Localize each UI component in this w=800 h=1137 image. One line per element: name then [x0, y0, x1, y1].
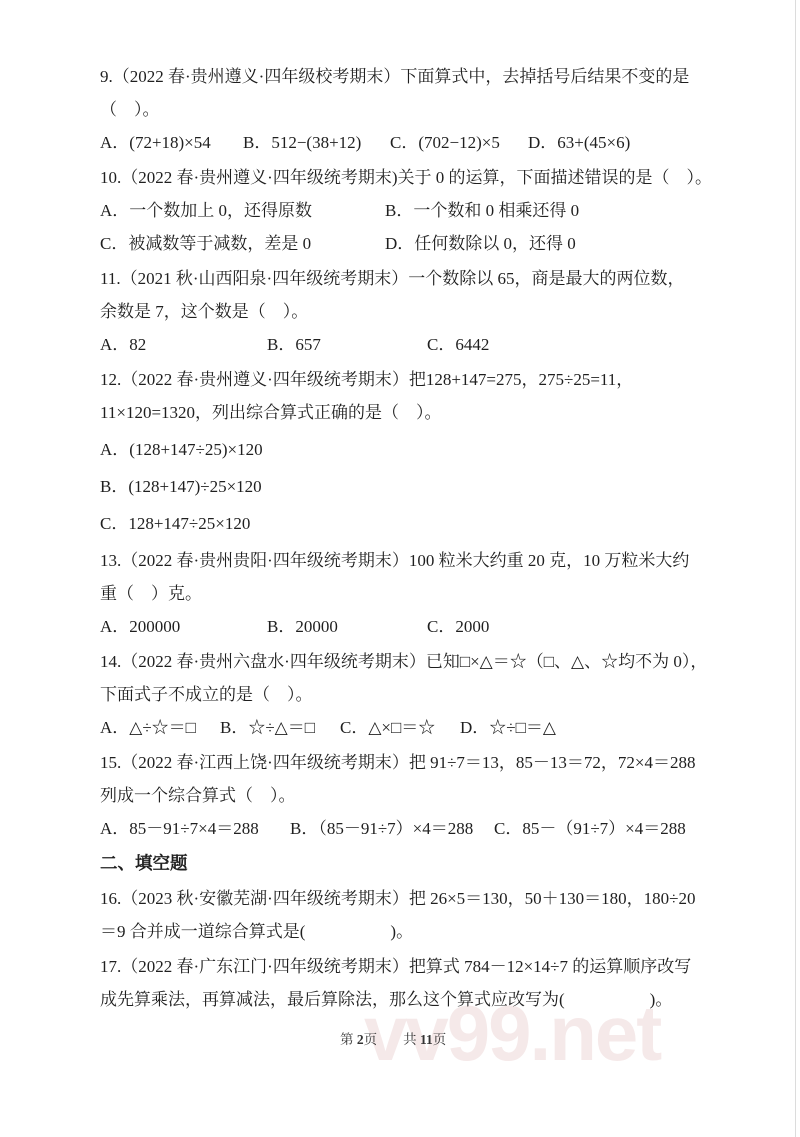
- question-14-option-d: D．☆÷□＝△: [460, 711, 708, 744]
- question-11-option-a: A．82: [100, 328, 267, 361]
- question-10-options-row-1: A．一个数加上 0，还得原数 B．一个数和 0 相乘还得 0: [100, 194, 708, 227]
- question-17-line-2: 成先算乘法，再算减法，最后算除法，那么这个算式应改写为( )。: [100, 983, 708, 1016]
- question-12-option-a: A．(128+147÷25)×120: [100, 433, 708, 466]
- question-9-line-1: 9.（2022 春·贵州遵义·四年级校考期末）下面算式中，去掉括号后结果不变的是: [100, 60, 708, 93]
- question-17: 17.（2022 春·广东江门·四年级统考期末）把算式 784－12×14÷7 …: [100, 950, 708, 1016]
- question-12-line-1: 12.（2022 春·贵州遵义·四年级统考期末）把128+147=275，275…: [100, 363, 708, 396]
- page-right-edge-rule: [795, 0, 796, 1137]
- question-14: 14.（2022 春·贵州六盘水·四年级统考期末）已知□×△＝☆（□、△、☆均不…: [100, 645, 708, 744]
- question-12-option-b: B．(128+147)÷25×120: [100, 470, 708, 503]
- question-12-line-2: 11×120=1320，列出综合算式正确的是（ ）。: [100, 396, 708, 429]
- question-14-line-1: 14.（2022 春·贵州六盘水·四年级统考期末）已知□×△＝☆（□、△、☆均不…: [100, 645, 708, 678]
- question-15-options: A．85－91÷7×4＝288 B．（85－91÷7）×4＝288 C．85－（…: [100, 812, 708, 845]
- question-15-line-2: 列成一个综合算式（ ）。: [100, 779, 708, 812]
- page-number-suffix: 页: [364, 1032, 378, 1047]
- question-10-option-b: B．一个数和 0 相乘还得 0: [385, 194, 708, 227]
- question-11-options: A．82 B．657 C．6442: [100, 328, 708, 361]
- question-13-option-c: C．2000: [427, 610, 708, 643]
- question-9-options: A．(72+18)×54 B．512−(38+12) C．(702−12)×5 …: [100, 126, 708, 159]
- question-13-line-2: 重（ ）克。: [100, 577, 708, 610]
- question-15-option-a: A．85－91÷7×4＝288: [100, 812, 290, 845]
- question-11-line-1: 11.（2021 秋·山西阳泉·四年级统考期末）一个数除以 65，商是最大的两位…: [100, 262, 708, 295]
- question-16: 16.（2023 秋·安徽芜湖·四年级统考期末）把 26×5＝130，50＋13…: [100, 882, 708, 948]
- exam-content: 9.（2022 春·贵州遵义·四年级校考期末）下面算式中，去掉括号后结果不变的是…: [100, 60, 708, 1018]
- question-9-option-b: B．512−(38+12): [243, 126, 390, 159]
- question-10-option-d: D．任何数除以 0，还得 0: [385, 227, 708, 260]
- question-11-line-2: 余数是 7，这个数是（ ）。: [100, 295, 708, 328]
- page-number-prefix: 第: [340, 1032, 357, 1047]
- question-15: 15.（2022 春·江西上饶·四年级统考期末）把 91÷7＝13，85－13＝…: [100, 746, 708, 845]
- question-13-line-1: 13.（2022 春·贵州贵阳·四年级统考期末）100 粒米大约重 20 克，1…: [100, 544, 708, 577]
- question-11-option-c: C．6442: [427, 328, 708, 361]
- question-17-line-1: 17.（2022 春·广东江门·四年级统考期末）把算式 784－12×14÷7 …: [100, 950, 708, 983]
- question-9-option-c: C．(702−12)×5: [390, 126, 528, 159]
- section-2-heading: 二、填空题: [100, 847, 708, 880]
- total-pages-suffix: 页: [433, 1032, 447, 1047]
- question-13-option-a: A．200000: [100, 610, 267, 643]
- question-16-line-2: ＝9 合并成一道综合算式是( )。: [100, 915, 708, 948]
- question-9-line-2: （ ）。: [100, 93, 708, 126]
- question-14-line-2: 下面式子不成立的是（ ）。: [100, 678, 708, 711]
- document-page: vv99.net 9.（2022 春·贵州遵义·四年级校考期末）下面算式中，去掉…: [0, 0, 800, 1137]
- question-9-option-a: A．(72+18)×54: [100, 126, 243, 159]
- question-10: 10.（2022 春·贵州遵义·四年级统考期末)关于 0 的运算，下面描述错误的…: [100, 161, 708, 260]
- question-12-option-c: C．128+147÷25×120: [100, 507, 708, 540]
- question-13-options: A．200000 B．20000 C．2000: [100, 610, 708, 643]
- question-12: 12.（2022 春·贵州遵义·四年级统考期末）把128+147=275，275…: [100, 363, 708, 540]
- question-14-option-c: C．△×□＝☆: [340, 711, 460, 744]
- question-11: 11.（2021 秋·山西阳泉·四年级统考期末）一个数除以 65，商是最大的两位…: [100, 262, 708, 361]
- question-10-line-1: 10.（2022 春·贵州遵义·四年级统考期末)关于 0 的运算，下面描述错误的…: [100, 161, 708, 194]
- question-13-option-b: B．20000: [267, 610, 427, 643]
- question-14-options: A．△÷☆＝□ B．☆÷△＝□ C．△×□＝☆ D．☆÷□＝△: [100, 711, 708, 744]
- total-pages: 11: [420, 1032, 433, 1047]
- question-11-option-b: B．657: [267, 328, 427, 361]
- question-14-option-b: B．☆÷△＝□: [220, 711, 340, 744]
- question-15-line-1: 15.（2022 春·江西上饶·四年级统考期末）把 91÷7＝13，85－13＝…: [100, 746, 708, 779]
- question-16-line-1: 16.（2023 秋·安徽芜湖·四年级统考期末）把 26×5＝130，50＋13…: [100, 882, 708, 915]
- page-number: 2: [357, 1032, 364, 1047]
- question-10-options-row-2: C．被减数等于减数，差是 0 D．任何数除以 0，还得 0: [100, 227, 708, 260]
- question-10-option-c: C．被减数等于减数，差是 0: [100, 227, 385, 260]
- question-15-option-c: C．85－（91÷7）×4＝288: [494, 812, 708, 845]
- question-9-option-d: D．63+(45×6): [528, 126, 708, 159]
- question-10-option-a: A．一个数加上 0，还得原数: [100, 194, 385, 227]
- question-15-option-b: B．（85－91÷7）×4＝288: [290, 812, 494, 845]
- page-footer: 第 2页共 11页: [340, 1028, 446, 1048]
- question-13: 13.（2022 春·贵州贵阳·四年级统考期末）100 粒米大约重 20 克，1…: [100, 544, 708, 643]
- question-9: 9.（2022 春·贵州遵义·四年级校考期末）下面算式中，去掉括号后结果不变的是…: [100, 60, 708, 159]
- question-14-option-a: A．△÷☆＝□: [100, 711, 220, 744]
- total-pages-prefix: 共: [403, 1032, 420, 1047]
